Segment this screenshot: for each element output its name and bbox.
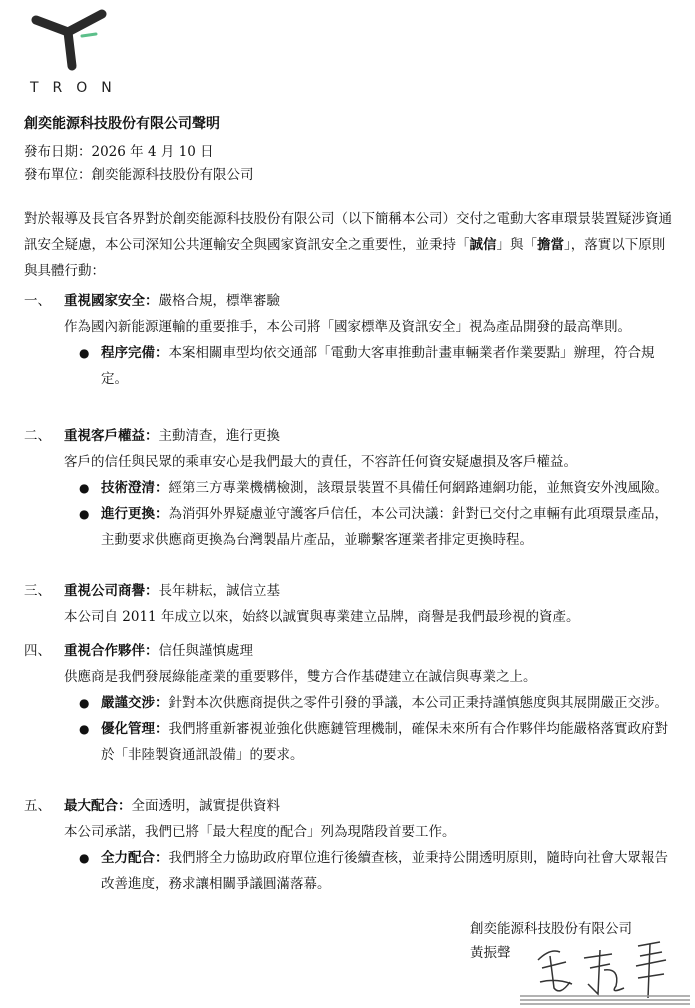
section-body: 作為國內新能源運輸的重要推手，本公司將「國家標準及資訊安全」視為產品開發的最高準… <box>24 314 674 340</box>
list-item: ●進行更換：為消弭外界疑慮並守護客戶信任，本公司決議：針對已交付之車輛有此項環景… <box>24 501 674 553</box>
bullet-icon: ● <box>79 340 101 392</box>
bullet-icon: ● <box>79 845 101 897</box>
bullet-icon: ● <box>79 475 101 501</box>
list-item: ●嚴謹交涉：針對本次供應商提供之零件引發的爭議，本公司正秉持謹慎態度與其展開嚴正… <box>24 690 674 716</box>
tron-logo: TRON <box>22 8 122 98</box>
section-number: 二、 <box>24 423 64 449</box>
section-subheading: 信任與謹慎處理 <box>159 643 254 659</box>
tron-mark-icon <box>30 8 110 74</box>
section-body: 供應商是我們發展綠能產業的重要夥伴，雙方合作基礎建立在誠信與專業之上。 <box>24 664 674 690</box>
section-body: 客戶的信任與民眾的乘車安心是我們最大的責任，不容許任何資安疑慮損及客戶權益。 <box>24 449 674 475</box>
list-item: ●技術澄清：經第三方專業機構檢測，該環景裝置不具備任何網路連網功能，並無資安外洩… <box>24 475 674 501</box>
signoff-person: 黃振聲 <box>470 941 511 961</box>
logo-text: TRON <box>30 80 126 96</box>
section-2: 二、重視客戶權益：主動清查，進行更換 客戶的信任與民眾的乘車安心是我們最大的責任… <box>24 423 674 553</box>
list-item: ●優化管理：我們將重新審視並強化供應鏈管理機制，確保未來所有合作夥伴均能嚴格落實… <box>24 716 674 768</box>
list-item: ●程序完備：本案相關車型均依交通部「電動大客車推動計畫車輛業者作業要點」辦理，符… <box>24 340 674 392</box>
section-subheading: 主動清查，進行更換 <box>159 428 281 444</box>
signoff-company: 創奕能源科技股份有限公司 <box>470 917 632 937</box>
section-heading: 重視國家安全： <box>64 293 159 309</box>
section-3: 三、重視公司商譽：長年耕耘，誠信立基 本公司自 2011 年成立以來，始終以誠實… <box>24 578 674 630</box>
handwritten-signature-icon <box>520 938 690 1008</box>
section-subheading: 長年耕耘，誠信立基 <box>159 583 281 599</box>
section-number: 五、 <box>24 793 64 819</box>
keyword-responsibility: 擔當 <box>537 237 564 253</box>
list-item: ●全力配合：我們將全力協助政府單位進行後續查核，並秉持公開透明原則，隨時向社會大… <box>24 845 674 897</box>
keyword-integrity: 誠信 <box>470 237 497 253</box>
section-1: 一、重視國家安全：嚴格合規，標準審驗 作為國內新能源運輸的重要推手，本公司將「國… <box>24 288 674 392</box>
section-number: 一、 <box>24 288 64 314</box>
section-subheading: 全面透明，誠實提供資料 <box>132 798 281 814</box>
bullet-icon: ● <box>79 501 101 553</box>
statement-title: 創奕能源科技股份有限公司聲明 <box>24 113 220 133</box>
section-heading: 重視公司商譽： <box>64 583 159 599</box>
bullet-icon: ● <box>79 690 101 716</box>
section-heading: 最大配合： <box>64 798 132 814</box>
section-body: 本公司自 2011 年成立以來，始終以誠實與專業建立品牌，商譽是我們最珍視的資產… <box>24 604 674 630</box>
intro-paragraph: 對於報導及長官各界對於創奕能源科技股份有限公司（以下簡稱本公司）交付之電動大客車… <box>24 206 674 284</box>
section-number: 四、 <box>24 638 64 664</box>
section-subheading: 嚴格合規，標準審驗 <box>159 293 281 309</box>
publish-unit: 發布單位：創奕能源科技股份有限公司 <box>24 163 254 183</box>
section-4: 四、重視合作夥伴：信任與謹慎處理 供應商是我們發展綠能產業的重要夥伴，雙方合作基… <box>24 638 674 768</box>
section-heading: 重視合作夥伴： <box>64 643 159 659</box>
section-heading: 重視客戶權益： <box>64 428 159 444</box>
bullet-icon: ● <box>79 716 101 768</box>
section-body: 本公司承諾，我們已將「最大程度的配合」列為現階段首要工作。 <box>24 819 674 845</box>
section-5: 五、最大配合：全面透明，誠實提供資料 本公司承諾，我們已將「最大程度的配合」列為… <box>24 793 674 897</box>
section-number: 三、 <box>24 578 64 604</box>
publish-date: 發布日期：2026 年 4 月 10 日 <box>24 140 214 160</box>
